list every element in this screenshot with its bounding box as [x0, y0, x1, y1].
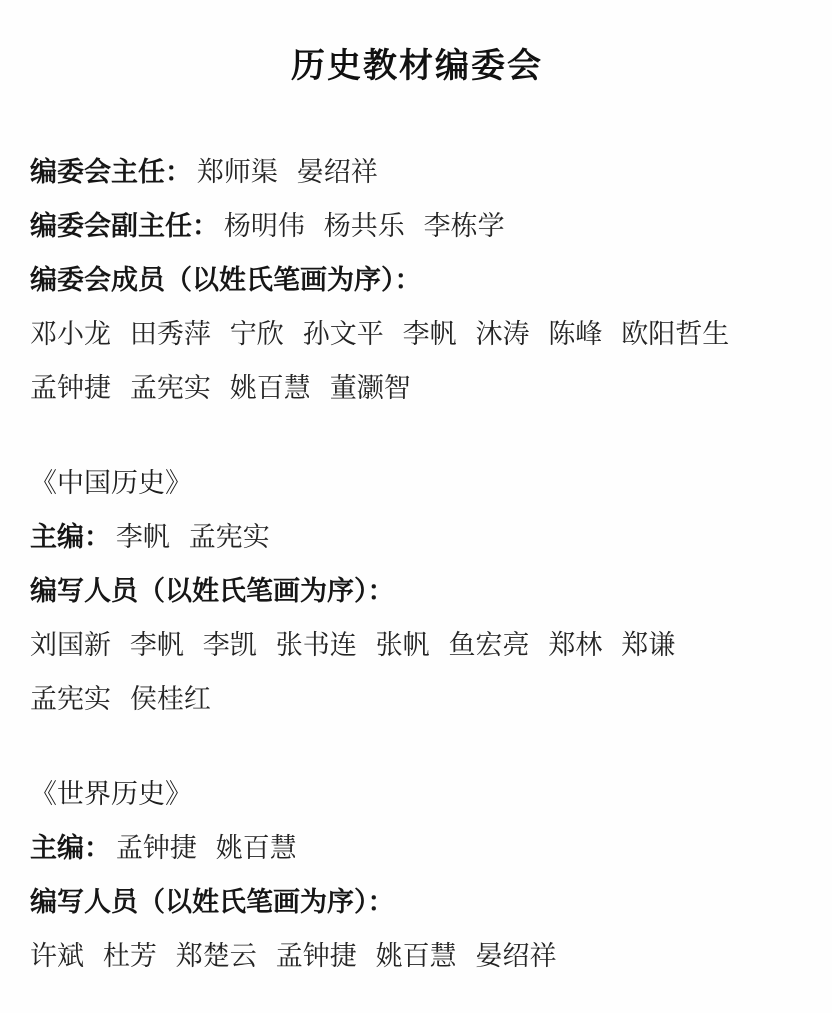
- document-page: 历史教材编委会 编委会主任：郑师渠 晏绍祥 编委会副主任：杨明伟 杨共乐 李栋学…: [0, 0, 832, 1013]
- book-writers-label-line: 编写人员（以姓氏笔画为序）：: [30, 564, 804, 618]
- committee-deputy-names: 杨明伟 杨共乐 李栋学: [224, 211, 505, 241]
- book-writers-line-2: 孟宪实 侯桂红: [30, 672, 804, 726]
- book-writers-line-1: 刘国新 李帆 李凯 张书连 张帆 鱼宏亮 郑林 郑谦: [30, 618, 804, 672]
- book-editor-names: 李帆 孟宪实: [116, 522, 270, 552]
- committee-members-label: 编委会成员（以姓氏笔画为序）：: [30, 265, 422, 295]
- committee-members-line-2: 孟钟捷 孟宪实 姚百慧 董灏智: [30, 361, 804, 415]
- committee-deputy-line: 编委会副主任：杨明伟 杨共乐 李栋学: [30, 199, 804, 253]
- book-title-world-history: 《世界历史》: [30, 779, 192, 809]
- committee-section: 编委会主任：郑师渠 晏绍祥 编委会副主任：杨明伟 杨共乐 李栋学 编委会成员（以…: [30, 145, 804, 415]
- book-writers-label-line: 编写人员（以姓氏笔画为序）：: [30, 875, 804, 929]
- book-writers-names-1: 许斌 杜芳 郑楚云 孟钟捷 姚百慧 晏绍祥: [30, 941, 557, 971]
- committee-director-line: 编委会主任：郑师渠 晏绍祥: [30, 145, 804, 199]
- book-title-chinese-history: 《中国历史》: [30, 468, 192, 498]
- book-writers-label: 编写人员（以姓氏笔画为序）：: [30, 576, 395, 606]
- book-editor-line: 主编：李帆 孟宪实: [30, 510, 804, 564]
- book-editor-label: 主编：: [30, 522, 111, 552]
- document-title: 历史教材编委会: [30, 38, 804, 87]
- book-writers-names-2: 孟宪实 侯桂红: [30, 684, 211, 714]
- committee-members-names-1: 邓小龙 田秀萍 宁欣 孙文平 李帆 沐涛 陈峰 欧阳哲生: [30, 319, 729, 349]
- book-writers-label: 编写人员（以姓氏笔画为序）：: [30, 887, 395, 917]
- book-editor-line: 主编：孟钟捷 姚百慧: [30, 821, 804, 875]
- book-editor-names: 孟钟捷 姚百慧: [116, 833, 297, 863]
- committee-director-label: 编委会主任：: [30, 157, 192, 187]
- book-section-chinese-history: 《中国历史》 主编：李帆 孟宪实 编写人员（以姓氏笔画为序）： 刘国新 李帆 李…: [30, 456, 804, 726]
- committee-deputy-label: 编委会副主任：: [30, 211, 219, 241]
- book-title-line: 《世界历史》: [30, 767, 804, 821]
- book-writers-line-1: 许斌 杜芳 郑楚云 孟钟捷 姚百慧 晏绍祥: [30, 929, 804, 983]
- book-section-world-history: 《世界历史》 主编：孟钟捷 姚百慧 编写人员（以姓氏笔画为序）： 许斌 杜芳 郑…: [30, 767, 804, 983]
- committee-director-names: 郑师渠 晏绍祥: [197, 157, 378, 187]
- book-title-line: 《中国历史》: [30, 456, 804, 510]
- committee-members-line-1: 邓小龙 田秀萍 宁欣 孙文平 李帆 沐涛 陈峰 欧阳哲生: [30, 307, 804, 361]
- committee-members-label-line: 编委会成员（以姓氏笔画为序）：: [30, 253, 804, 307]
- book-writers-names-1: 刘国新 李帆 李凯 张书连 张帆 鱼宏亮 郑林 郑谦: [30, 630, 675, 660]
- committee-members-names-2: 孟钟捷 孟宪实 姚百慧 董灏智: [30, 373, 411, 403]
- book-editor-label: 主编：: [30, 833, 111, 863]
